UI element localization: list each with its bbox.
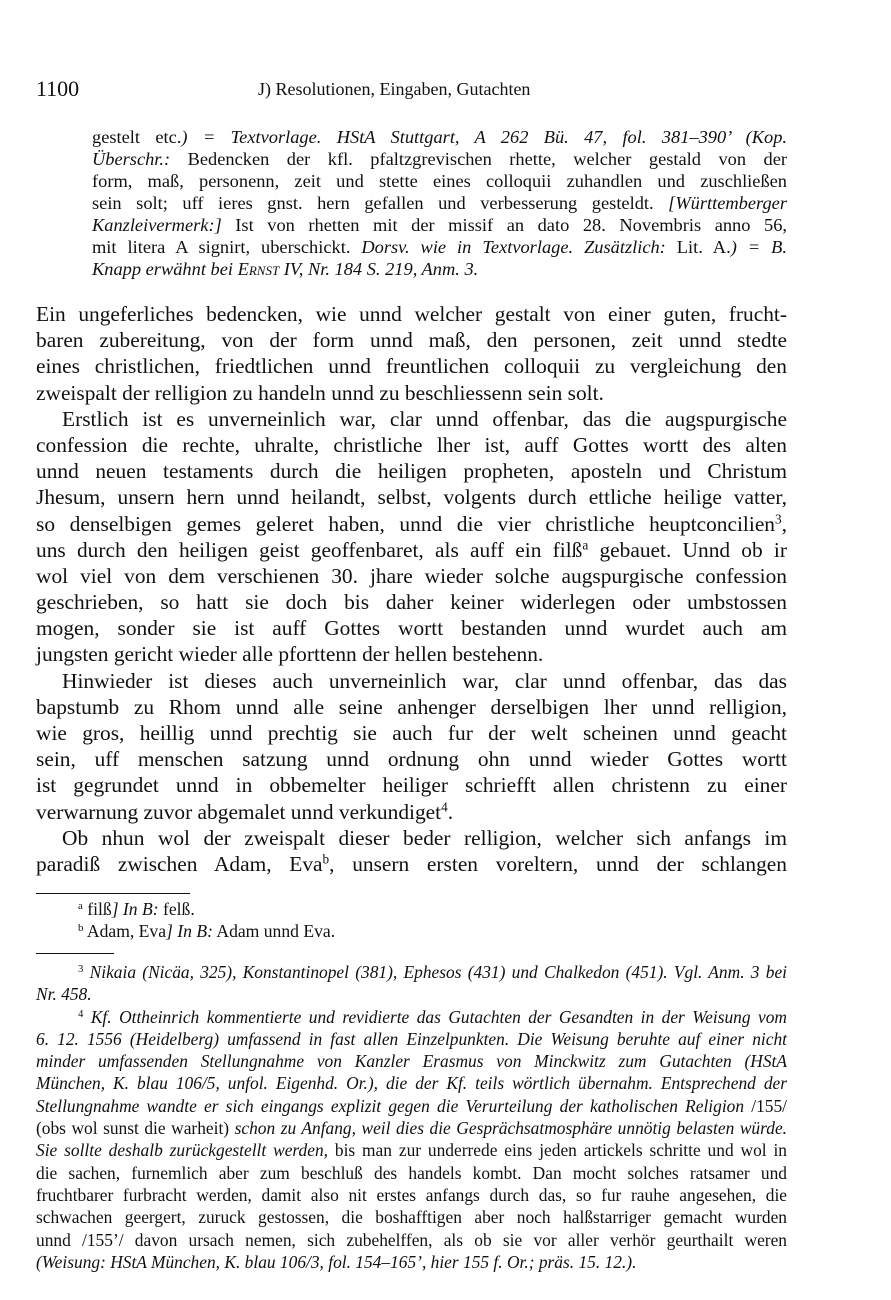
- source-line: mit litera A signirt, uberschickt. Dorsv…: [92, 236, 787, 258]
- text-line: mogen, sonder sie ist auff Gottes wortt …: [36, 615, 787, 641]
- footnote-4: 4 Kf. Ottheinrich kommentierte und revid…: [36, 1006, 787, 1028]
- footnote-4: (obs wol sunst die warheit) schon zu Anf…: [36, 1117, 787, 1139]
- note-marker[interactable]: 4: [441, 799, 448, 814]
- text-line: geschrieben, so hatt sie doch bis daher …: [36, 589, 787, 615]
- text-line: jungsten gericht wieder alle pforttenn d…: [36, 641, 787, 667]
- paragraph: Hinwieder ist dieses auch unverneinlich …: [36, 668, 787, 825]
- footnote-4: Stellungnahme wandte er sich eingangs ex…: [36, 1095, 787, 1117]
- italic-run: Überschr.:: [92, 149, 170, 169]
- note-marker[interactable]: a: [582, 537, 588, 552]
- italic-run: München, K. blau 106/5, unfol. Eigenhd. …: [36, 1073, 787, 1093]
- text-line: uns durch den heiligen geist geoffenbare…: [36, 537, 787, 563]
- text-line: Hinwieder ist dieses auch unverneinlich …: [36, 668, 787, 694]
- author-name: Ernst: [238, 259, 280, 279]
- paragraph: Erstlich ist es unverneinlich war, clar …: [36, 406, 787, 668]
- source-description: gestelt etc.) = Textvorlage. HStA Stuttg…: [92, 126, 787, 280]
- footnotes: 3 Nikaia (Nicäa, 325), Konstantinopel (3…: [36, 961, 787, 1273]
- text-line: paradiß zwischen Adam, Evab, unsern erst…: [36, 851, 787, 877]
- footnote-4: München, K. blau 106/5, unfol. Eigenhd. …: [36, 1072, 787, 1094]
- text-line: unnd neuen testaments durch die heiligen…: [36, 458, 787, 484]
- page-header: 1100 J) Resolutionen, Eingaben, Gutachte…: [36, 76, 856, 106]
- text-line: Jhesum, unsern hern unnd heilandt, selbs…: [36, 484, 787, 510]
- italic-run: 6. 12. 1556 (Heidelberg) umfassend in fa…: [36, 1029, 787, 1049]
- apparatus-note-a: a filß] In B: felß.: [36, 898, 787, 920]
- text-line: baren zubereitung, von der form unnd maß…: [36, 327, 787, 353]
- paragraph: Ein ungeferliches bedencken, wie unnd we…: [36, 301, 787, 406]
- text-line: wie gros, heillig unnd prechtig sie auch…: [36, 720, 787, 746]
- text-line: so denselbigen gemes geleret haben, unnd…: [36, 511, 787, 537]
- footnote-4: minder umfassenden Stellungnahme von Kan…: [36, 1050, 787, 1072]
- italic-run: IV, Nr. 184 S. 219, Anm. 3.: [279, 259, 478, 279]
- source-line: Knapp erwähnt bei Ernst IV, Nr. 184 S. 2…: [92, 258, 787, 280]
- italic-run: ) = B.: [731, 237, 787, 257]
- italic-run: Knapp erwähnt bei: [92, 259, 238, 279]
- text-line: verwarnung zuvor abgemalet unnd verkundi…: [36, 799, 787, 825]
- footnote-4: Sie sollte deshalb zurückgestellt werden…: [36, 1139, 787, 1161]
- italic-run: Nikaia (Nicäa, 325), Konstantinopel (381…: [83, 962, 787, 982]
- footnote-4: unnd /155’/ davon ursach nemen, sich zub…: [36, 1229, 787, 1251]
- italic-run: Kanzleivermerk:]: [92, 215, 222, 235]
- italic-run: Kf. Ottheinrich kommentierte und revidie…: [83, 1007, 787, 1027]
- source-line: Überschr.: Bedencken der kfl. pfaltzgrev…: [92, 148, 787, 170]
- text-line: Erstlich ist es unverneinlich war, clar …: [36, 406, 787, 432]
- italic-run: ] In B:: [112, 899, 159, 919]
- italic-run: Dorsv. wie in Textvorlage. Zusätzlich:: [361, 237, 665, 257]
- source-line: sein solt; uff ieres gnst. hern gefallen…: [92, 192, 787, 214]
- italic-run: (Weisung: HStA München, K. blau 106/3, f…: [36, 1252, 636, 1272]
- footnote-4: (Weisung: HStA München, K. blau 106/3, f…: [36, 1251, 787, 1273]
- text-line: Ein ungeferliches bedencken, wie unnd we…: [36, 301, 787, 327]
- text-line: wol viel von dem verschienen 30. jhare w…: [36, 563, 787, 589]
- text-line: eines christlichen, friedtlichen unnd fr…: [36, 353, 787, 379]
- running-head: J) Resolutionen, Eingaben, Gutachten: [258, 79, 530, 100]
- italic-run: schon zu Anfang, weil dies die Gesprächs…: [235, 1118, 787, 1138]
- paragraph: Ob nhun wol der zweispalt dieser beder r…: [36, 825, 787, 877]
- note-marker[interactable]: b: [78, 922, 83, 934]
- italic-run: ) = Textvorlage. HStA Stuttgart, A 262 B…: [181, 127, 787, 147]
- italic-run: minder umfassenden Stellungnahme von Kan…: [36, 1051, 787, 1071]
- italic-run: ] In B:: [166, 921, 213, 941]
- note-marker[interactable]: a: [78, 900, 83, 912]
- text-line: bapstumb zu Rhom unnd alle seine anhenge…: [36, 694, 787, 720]
- text-line: ist gegrundet unnd in obbemelter heilige…: [36, 772, 787, 798]
- source-line: Kanzleivermerk:] Ist von rhetten mit der…: [92, 214, 787, 236]
- footnote-4: die sachen, furnemlich aber zum beschluß…: [36, 1162, 787, 1184]
- footnote-3: 3 Nikaia (Nicäa, 325), Konstantinopel (3…: [36, 961, 787, 983]
- footnote-4: fruchtbarer furbracht werden, damit also…: [36, 1184, 787, 1206]
- source-line: gestelt etc.) = Textvorlage. HStA Stuttg…: [92, 126, 787, 148]
- footnote-4: 6. 12. 1556 (Heidelberg) umfassend in fa…: [36, 1028, 787, 1050]
- text-line: sein, uff menschen satzung unnd ordnung …: [36, 746, 787, 772]
- text-line: Ob nhun wol der zweispalt dieser beder r…: [36, 825, 787, 851]
- source-line: form, maß, personenn, zeit und stette ei…: [92, 170, 787, 192]
- main-text: Ein ungeferliches bedencken, wie unnd we…: [36, 301, 787, 877]
- page-number: 1100: [36, 76, 79, 102]
- italic-run: [Württemberger: [668, 193, 787, 213]
- text-line: confession die rechte, uhralte, christli…: [36, 432, 787, 458]
- footnote-4: schwachen geergert, zuruck gestossen, di…: [36, 1206, 787, 1228]
- italic-run: Sie sollte deshalb zurückgestellt werden…: [36, 1140, 328, 1160]
- italic-run: Stellungnahme wandte er sich eingangs ex…: [36, 1096, 744, 1116]
- note-marker[interactable]: b: [323, 852, 330, 867]
- apparatus-note-b: b Adam, Eva] In B: Adam unnd Eva.: [36, 920, 787, 942]
- footnote-rule: [36, 953, 114, 954]
- critical-apparatus: a filß] In B: felß.b Adam, Eva] In B: Ad…: [36, 898, 787, 942]
- text-line: zweispalt der relligion zu handeln unnd …: [36, 380, 787, 406]
- note-marker[interactable]: 3: [775, 511, 782, 526]
- footnote-3: Nr. 458.: [36, 983, 787, 1005]
- italic-run: Nr. 458.: [36, 984, 92, 1004]
- apparatus-rule: [36, 893, 190, 894]
